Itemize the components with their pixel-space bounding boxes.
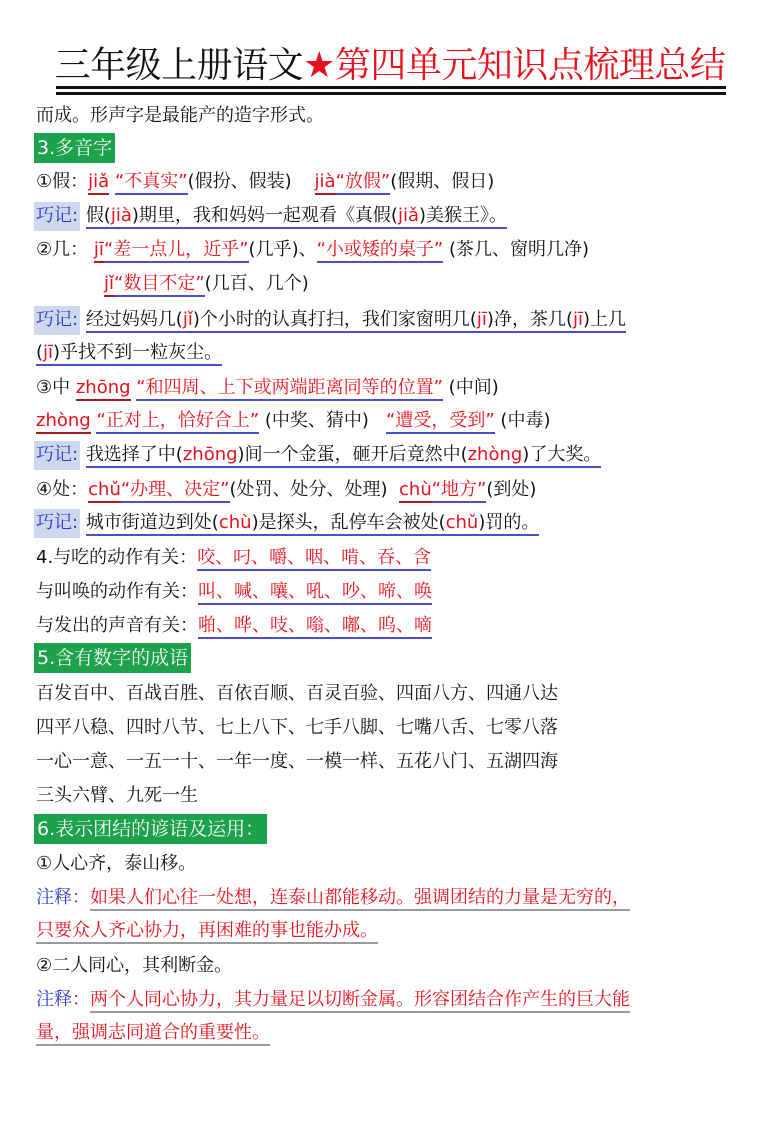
title-rule-bottom (56, 92, 726, 95)
title-black-part: 三年级上册语文 (55, 45, 304, 86)
note-label: 注释： (36, 989, 90, 1010)
polyphone-zhong: ③中 zhōng “和四周、上下或两端距离同等的位置” (中间) (36, 375, 499, 401)
proverb-1-note-line1: 注释：如果人们心往一处想，连泰山都能移动。强调团结的力量是无穷的， (36, 885, 630, 911)
tip-zhong: 巧记: 我选择了中(zhōng)间一个金蛋，砸开后竟然中(zhòng)了大奖。 (36, 442, 601, 468)
examples: (中毒) (495, 410, 551, 431)
tip-text: 城市街道边到处(chù)是探头，乱停车会被处(chǔ)罚的。 (86, 512, 540, 536)
proverb-2-note-line1: 注释：两个人同心协力，其力量足以切断金属。形容团结合作产生的巨大能 (36, 987, 630, 1013)
proverb-1-note-line2: 只要众人齐心协力，再困难的事也能办成。 (36, 918, 378, 944)
tip-ji-line1: 巧记: 经过妈妈几(jǐ)个小时的认真打扫，我们家窗明几(jī)净，茶几(jī)… (36, 307, 626, 333)
meaning: “差一点儿，近乎” (104, 239, 249, 263)
proverb-2-note-line2: 量，强调志同道合的重要性。 (36, 1020, 270, 1046)
tip-ji-line2: (jī)乎找不到一粒灰尘。 (36, 340, 222, 366)
note-text: 只要众人齐心协力，再困难的事也能办成。 (36, 920, 378, 944)
section-header-number-idioms: 5.含有数字的成语 (34, 643, 191, 673)
note-label: 注释： (36, 887, 90, 908)
pinyin: jiǎ (88, 171, 109, 195)
pinyin: chǔ (88, 479, 121, 503)
section-header-unity-proverbs: 6.表示团结的谚语及运用： (34, 814, 267, 844)
examples: (几百、几个) (205, 273, 309, 294)
pinyin: jià (315, 171, 336, 195)
tip-text: 假(jià)期里，我和妈妈一起观看《真假(jiǎ)美猴王》。 (86, 205, 507, 229)
tip-chu: 巧记: 城市街道边到处(chù)是探头，乱停车会被处(chǔ)罚的。 (36, 510, 539, 536)
entry-label: ③中 (36, 377, 76, 398)
tip-label: 巧记: (34, 202, 80, 231)
examples: (中奖、猜中) (259, 410, 369, 431)
tip-text: 我选择了中(zhōng)间一个金蛋，砸开后竟然中(zhòng)了大奖。 (86, 444, 602, 468)
note-text: 两个人同心协力，其力量足以切断金属。形容团结合作产生的巨大能 (90, 989, 630, 1013)
idiom-line: 三头六臂、九死一生 (36, 783, 198, 809)
pinyin: zhōng (76, 377, 131, 401)
examples: (假期、假日) (390, 171, 494, 192)
proverb-1: ①人心齐，泰山移。 (36, 851, 196, 877)
verbs-eat-row: 4.与吃的动作有关：咬、叼、嚼、咽、啃、吞、含 (36, 545, 431, 571)
tip-jia: 巧记: 假(jià)期里，我和妈妈一起观看《真假(jiǎ)美猴王》。 (36, 203, 507, 229)
row-chars: 咬、叼、嚼、咽、啃、吞、含 (197, 547, 431, 571)
tip-text: (jī)乎找不到一粒灰尘。 (36, 342, 222, 366)
row-label: 与发出的声音有关： (36, 615, 198, 636)
tip-text: 经过妈妈几(jǐ)个小时的认真打扫，我们家窗明几(jī)净，茶几(jī)上几 (86, 309, 626, 333)
examples: (茶几、窗明几净) (443, 239, 589, 260)
page-title: 三年级上册语文★第四单元知识点梳理总结 (0, 44, 780, 88)
entry-label: ②几： (36, 239, 88, 260)
tip-label: 巧记: (34, 306, 80, 335)
verbs-call-row: 与叫唤的动作有关：叫、喊、嚷、吼、吵、啼、唤 (36, 579, 432, 605)
row-label: 4.与吃的动作有关： (36, 547, 197, 568)
idiom-line: 四平八稳、四时八节、七上八下、七手八脚、七嘴八舌、七零八落 (36, 715, 558, 741)
meaning: “小或矮的桌子” (317, 239, 444, 263)
tip-label: 巧记: (34, 509, 80, 538)
examples: (假扮、假装) (188, 171, 292, 192)
title-red-part: 第四单元知识点梳理总结 (335, 45, 726, 86)
examples: (到处) (486, 479, 536, 500)
title-rule-top (56, 86, 726, 89)
star-icon: ★ (303, 45, 335, 86)
meaning: “和四周、上下或两端距离同等的位置” (136, 377, 443, 401)
pinyin: jǐ (104, 273, 114, 297)
meaning: “不真实” (115, 171, 188, 195)
meaning: “正对上，恰好合上” (96, 410, 259, 434)
pinyin: jī (94, 239, 104, 263)
polyphone-chu: ④处：chǔ“办理、决定”(处罚、处分、处理) chù“地方”(到处) (36, 477, 536, 503)
polyphone-jia: ①假：jiǎ “不真实”(假扮、假装) jià“放假”(假期、假日) (36, 169, 494, 195)
entry-label: ④处： (36, 479, 88, 500)
meaning: “办理、决定” (121, 479, 230, 503)
row-chars: 叫、喊、嚷、吼、吵、啼、唤 (198, 581, 432, 605)
row-label: 与叫唤的动作有关： (36, 581, 198, 602)
meaning: “放假” (336, 171, 391, 195)
pinyin: chù (399, 479, 432, 503)
examples: (中间) (443, 377, 499, 398)
row-chars: 啪、哗、吱、嗡、嘟、呜、嘀 (198, 615, 432, 639)
meaning: “地方” (432, 479, 487, 503)
section-header-polyphones: 3.多音字 (34, 133, 115, 163)
meaning: “遭受，受到” (386, 410, 495, 434)
intro-text: 而成。形声字是最能产的造字形式。 (36, 103, 324, 129)
examples: (几乎)、 (249, 239, 317, 260)
polyphone-ji-reading2: jǐ“数目不定”(几百、几个) (104, 271, 309, 297)
tip-label: 巧记: (34, 441, 80, 470)
idiom-line: 一心一意、一五一十、一年一度、一模一样、五花八门、五湖四海 (36, 749, 558, 775)
meaning: “数目不定” (114, 273, 205, 297)
verbs-sound-row: 与发出的声音有关：啪、哗、吱、嗡、嘟、呜、嘀 (36, 613, 432, 639)
proverb-2: ②二人同心，其利断金。 (36, 953, 232, 979)
idiom-line: 百发百中、百战百胜、百依百顺、百灵百验、四面八方、四通八达 (36, 681, 558, 707)
polyphone-ji: ②几： jī“差一点儿，近乎”(几乎)、“小或矮的桌子” (茶几、窗明几净) (36, 237, 589, 263)
note-text: 量，强调志同道合的重要性。 (36, 1022, 270, 1046)
polyphone-zhong-reading2: zhòng “正对上，恰好合上” (中奖、猜中) “遭受，受到” (中毒) (36, 408, 550, 434)
entry-label: ①假： (36, 171, 88, 192)
examples: (处罚、处分、处理) (230, 479, 388, 500)
pinyin: zhòng (36, 410, 91, 434)
note-text: 如果人们心往一处想，连泰山都能移动。强调团结的力量是无穷的， (90, 887, 630, 911)
